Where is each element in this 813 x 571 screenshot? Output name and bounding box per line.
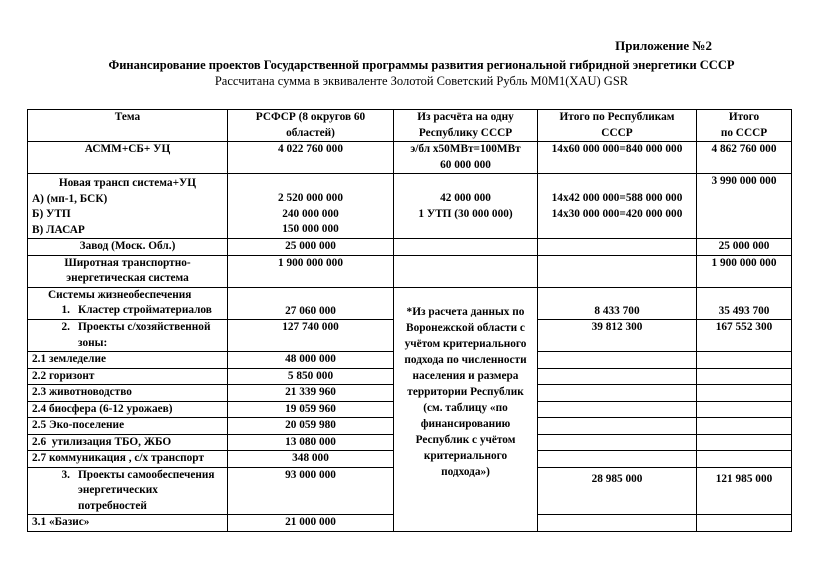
header-republics-total: Итого по Республикам СССР — [538, 110, 697, 142]
table-row: Завод (Моск. Обл.) 25 000 000 25 000 000 — [28, 239, 792, 256]
cell-ussr-total — [697, 434, 792, 451]
cell-republics-total: 8 433 700 — [538, 287, 697, 320]
transport-item-c: В) ЛАСАР — [32, 223, 223, 239]
cell-topic: 2.1 земледелие — [28, 352, 228, 369]
energy-line3: потребностей — [32, 499, 223, 515]
cell-topic: АСММ+СБ+ УЦ — [28, 142, 228, 174]
cell-ussr-total: 167 552 300 — [697, 320, 792, 352]
cell-rsfsr: 21 000 000 — [228, 515, 394, 532]
cell-republics-total — [538, 434, 697, 451]
rsfsr-item-c: 150 000 000 — [232, 222, 389, 238]
cell-republics-total — [538, 255, 697, 287]
cell-topic: Системы жизнеобеспечения 1.Кластер строй… — [28, 287, 228, 320]
header-per-republic-line1: Из расчёта на одну — [398, 110, 533, 126]
header-republics-total-line1: Итого по Республикам — [542, 110, 692, 126]
republics-total-item-a: 14x42 000 000=588 000 000 — [542, 191, 692, 207]
item-label: Проекты с/хозяйственной — [78, 321, 210, 333]
cell-republics-total — [538, 401, 697, 418]
cell-ussr-total — [697, 515, 792, 532]
cell-rsfsr: 127 740 000 — [228, 320, 394, 352]
table-row: Новая трансп система+УЦ А) (мп-1, БСК) Б… — [28, 174, 792, 239]
cell-topic: Новая трансп система+УЦ А) (мп-1, БСК) Б… — [28, 174, 228, 239]
header-topic: Тема — [28, 110, 228, 142]
cell-republics-total — [538, 368, 697, 385]
cell-ussr-total — [697, 401, 792, 418]
cell-topic: 3.Проекты самообеспечения энергетических… — [28, 467, 228, 515]
cell-rsfsr: 348 000 — [228, 451, 394, 468]
cell-rsfsr: 20 059 980 — [228, 418, 394, 435]
cell-republics-total — [538, 451, 697, 468]
cell-per-republic: 42 000 000 1 УТП (30 000 000) — [394, 174, 538, 239]
document-title: Финансирование проектов Государственной … — [0, 58, 813, 73]
cell-republics-total — [538, 352, 697, 369]
header-per-republic: Из расчёта на одну Республику СССР — [394, 110, 538, 142]
cell-topic: 2.7 коммуникация , с/х транспорт — [28, 451, 228, 468]
item-label: Кластер стройматериалов — [78, 304, 212, 316]
cell-topic: Завод (Моск. Обл.) — [28, 239, 228, 256]
energy-line2: энергетических — [32, 483, 223, 499]
table-row: Системы жизнеобеспечения 1.Кластер строй… — [28, 287, 792, 320]
cell-ussr-total — [697, 451, 792, 468]
per-republic-item-b: 1 УТП (30 000 000) — [398, 207, 533, 223]
cell-ussr-total: 1 900 000 000 — [697, 255, 792, 287]
header-republics-total-line2: СССР — [542, 126, 692, 142]
cell-topic: 2.4 биосфера (6-12 урожаев) — [28, 401, 228, 418]
cell-republics-total — [538, 385, 697, 402]
cell-per-republic: э/бл x50МВт=100МВт 60 000 000 — [394, 142, 538, 174]
cell-per-republic — [394, 255, 538, 287]
cell-note: *Из расчета данных по Воронежской област… — [394, 287, 538, 531]
cell-republics-total: 28 985 000 — [538, 467, 697, 515]
cell-rsfsr: 4 022 760 000 — [228, 142, 394, 174]
item-number: 2. — [48, 320, 70, 336]
cell-republics-total: 14x42 000 000=588 000 000 14x30 000 000=… — [538, 174, 697, 239]
transport-item-b: Б) УТП — [32, 207, 223, 223]
per-republic-formula: э/бл x50МВт=100МВт — [394, 142, 537, 158]
cell-rsfsr: 1 900 000 000 — [228, 255, 394, 287]
cell-topic: 2.6 утилизация ТБО, ЖБО — [28, 434, 228, 451]
cell-rsfsr: 48 000 000 — [228, 352, 394, 369]
table-row: Широтная транспортно- энергетическая сис… — [28, 255, 792, 287]
cell-rsfsr: 93 000 000 — [228, 467, 394, 515]
cell-per-republic — [394, 239, 538, 256]
financing-table: Тема РСФСР (8 округов 60 областей) Из ра… — [27, 109, 792, 532]
annex-label: Приложение №2 — [615, 38, 712, 54]
document-subtitle: Рассчитана сумма в эквиваленте Золотой С… — [0, 74, 813, 89]
cell-rsfsr: 2 520 000 000 240 000 000 150 000 000 — [228, 174, 394, 239]
cell-rsfsr: 27 060 000 — [228, 287, 394, 320]
cell-topic: 2.3 животноводство — [28, 385, 228, 402]
cell-republics-total: 39 812 300 — [538, 320, 697, 352]
item-label: Проекты самообеспечения — [78, 469, 215, 481]
transport-heading: Новая трансп система+УЦ — [32, 176, 223, 192]
cell-ussr-total — [697, 352, 792, 369]
cell-topic: 2.5 Эко-поселение — [28, 418, 228, 435]
cell-topic: 2.2 горизонт — [28, 368, 228, 385]
republics-total-item-b: 14x30 000 000=420 000 000 — [542, 207, 692, 223]
cell-ussr-total — [697, 385, 792, 402]
cell-republics-total — [538, 515, 697, 532]
per-republic-value: 60 000 000 — [398, 158, 533, 174]
cell-rsfsr: 19 059 960 — [228, 401, 394, 418]
transport-item-a: А) (мп-1, БСК) — [32, 192, 223, 208]
header-ussr-total-line2: по СССР — [701, 126, 787, 142]
rsfsr-item-b: 240 000 000 — [232, 207, 389, 223]
rsfsr-item-a: 2 520 000 000 — [232, 191, 389, 207]
header-rsfsr-line2: областей) — [232, 126, 389, 142]
header-ussr-total: Итого по СССР — [697, 110, 792, 142]
cell-rsfsr: 5 850 000 — [228, 368, 394, 385]
cell-topic: 3.1 «Базис» — [28, 515, 228, 532]
header-rsfsr-line1: РСФСР (8 округов 60 — [232, 110, 389, 126]
cell-republics-total: 14x60 000 000=840 000 000 — [538, 142, 697, 174]
agri-line1: 2.Проекты с/хозяйственной — [32, 320, 223, 336]
cell-ussr-total — [697, 418, 792, 435]
cell-ussr-total — [697, 368, 792, 385]
cell-rsfsr: 25 000 000 — [228, 239, 394, 256]
item-number: 1. — [48, 303, 70, 319]
cell-rsfsr: 21 339 960 — [228, 385, 394, 402]
header-per-republic-line2: Республику СССР — [398, 126, 533, 142]
cell-ussr-total: 121 985 000 — [697, 467, 792, 515]
cell-topic: 2.Проекты с/хозяйственной зоны: — [28, 320, 228, 352]
life-systems-heading: Системы жизнеобеспечения — [32, 288, 223, 304]
cell-republics-total — [538, 418, 697, 435]
table-header-row: Тема РСФСР (8 округов 60 областей) Из ра… — [28, 110, 792, 142]
cell-topic: Широтная транспортно- энергетическая сис… — [28, 255, 228, 287]
cell-republics-total — [538, 239, 697, 256]
agri-line2: зоны: — [32, 336, 223, 352]
cell-ussr-total: 4 862 760 000 — [697, 142, 792, 174]
cell-ussr-total: 25 000 000 — [697, 239, 792, 256]
header-ussr-total-line1: Итого — [701, 110, 787, 126]
energy-line1: 3.Проекты самообеспечения — [32, 468, 223, 484]
item-number: 3. — [48, 468, 70, 484]
life-systems-item1: 1.Кластер стройматериалов — [32, 303, 223, 319]
header-rsfsr: РСФСР (8 округов 60 областей) — [228, 110, 394, 142]
cell-rsfsr: 13 080 000 — [228, 434, 394, 451]
cell-ussr-total: 35 493 700 — [697, 287, 792, 320]
shirotnaya-line1: Широтная транспортно- — [32, 256, 223, 272]
table-row: АСММ+СБ+ УЦ 4 022 760 000 э/бл x50МВт=10… — [28, 142, 792, 174]
cell-ussr-total: 3 990 000 000 — [697, 174, 792, 239]
shirotnaya-line2: энергетическая система — [32, 271, 223, 287]
per-republic-item-a: 42 000 000 — [398, 191, 533, 207]
